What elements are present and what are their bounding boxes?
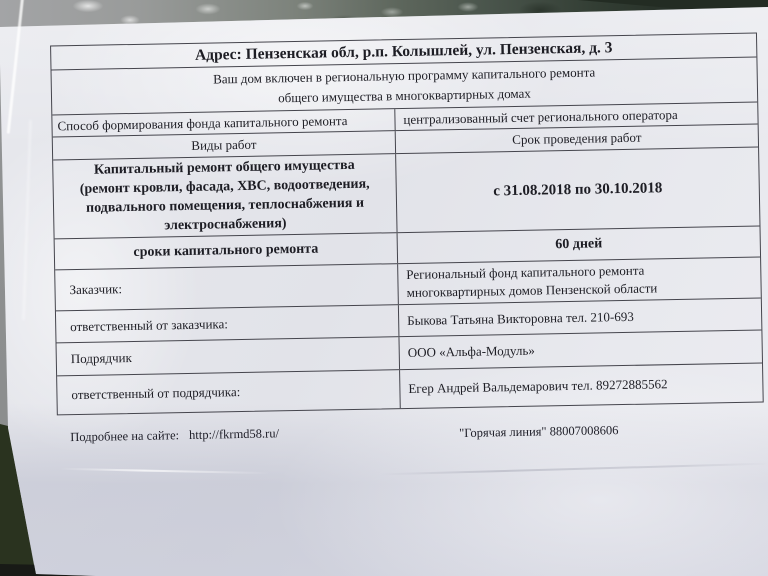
notice-content: Адрес: Пензенская обл, р.п. Колышлей, ул…	[50, 33, 764, 453]
work-description: Капитальный ремонт общего имущества (рем…	[53, 154, 397, 238]
duration-label: сроки капитального ремонта	[55, 233, 398, 269]
customer-contact-value: Быкова Татьяна Викторовна тел. 210-693	[399, 298, 762, 336]
work-description-line-3: подвального помещения, теплоснабжения и	[86, 194, 364, 218]
website-info: Подробнее на сайте:http://fkrmd58.ru/	[70, 426, 279, 445]
website-url: http://fkrmd58.ru/	[189, 426, 279, 442]
notice-table: Адрес: Пензенская обл, р.п. Колышлей, ул…	[50, 33, 764, 416]
contractor-value: ООО «Альфа-Модуль»	[399, 330, 762, 369]
hotline-info: "Горячая линия" 88007008606	[459, 423, 618, 441]
work-description-line-4: электроснабжения)	[164, 214, 287, 235]
customer-contact-label: ответственный от заказчика:	[56, 305, 400, 342]
contractor-label: Подрядчик	[57, 337, 401, 375]
work-period-value: с 31.08.2018 по 30.10.2018	[396, 148, 759, 233]
website-label: Подробнее на сайте:	[70, 428, 179, 444]
table-row-work-description: Капитальный ремонт общего имущества (рем…	[53, 147, 759, 239]
contractor-contact-label: ответственный от подрядчика:	[57, 370, 401, 414]
program-statement-line-2: общего имущества в многоквартирных домах	[278, 84, 531, 109]
photo-scene: Адрес: Пензенская обл, р.п. Колышлей, ул…	[0, 0, 768, 576]
contractor-contact-value: Егер Андрей Вальдемарович тел. 892728855…	[400, 363, 763, 408]
customer-label: Заказчик:	[55, 264, 399, 310]
customer-value-line-2: многоквартирных домов Пензенской области	[406, 279, 657, 301]
customer-value: Региональный фонд капитального ремонта м…	[398, 258, 761, 305]
